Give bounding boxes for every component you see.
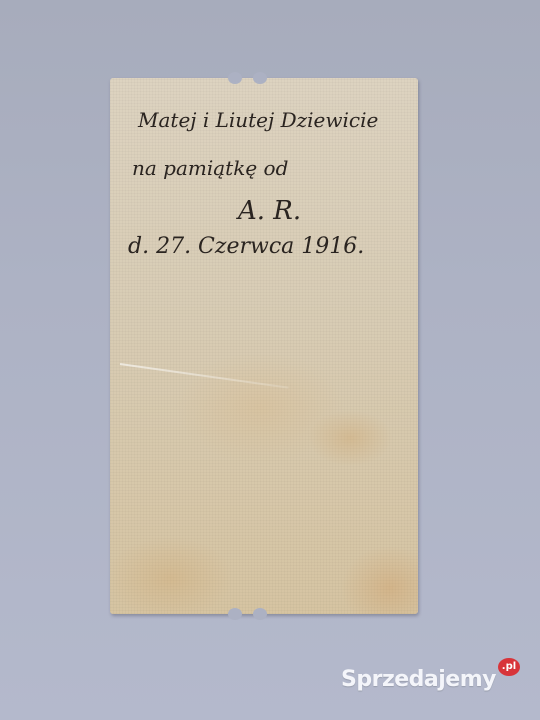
handwriting-line-2: na pamiątkę od [132, 156, 288, 180]
watermark-text: Sprzedajemy [341, 667, 496, 692]
old-card: Matej i Liutej Dziewicie na pamiątkę od … [110, 78, 418, 614]
handwriting-date: d. 27. Czerwca 1916. [128, 234, 364, 259]
card-notch [228, 72, 242, 84]
handwriting-signature: A. R. [238, 196, 301, 226]
photo: Matej i Liutej Dziewicie na pamiątkę od … [0, 0, 540, 720]
card-notch [228, 608, 242, 620]
card-crease [120, 363, 289, 389]
card-notch [253, 608, 267, 620]
handwriting-line-1: Matej i Liutej Dziewicie [138, 108, 378, 132]
card-notch [253, 72, 267, 84]
watermark-badge: .pl [498, 658, 520, 676]
